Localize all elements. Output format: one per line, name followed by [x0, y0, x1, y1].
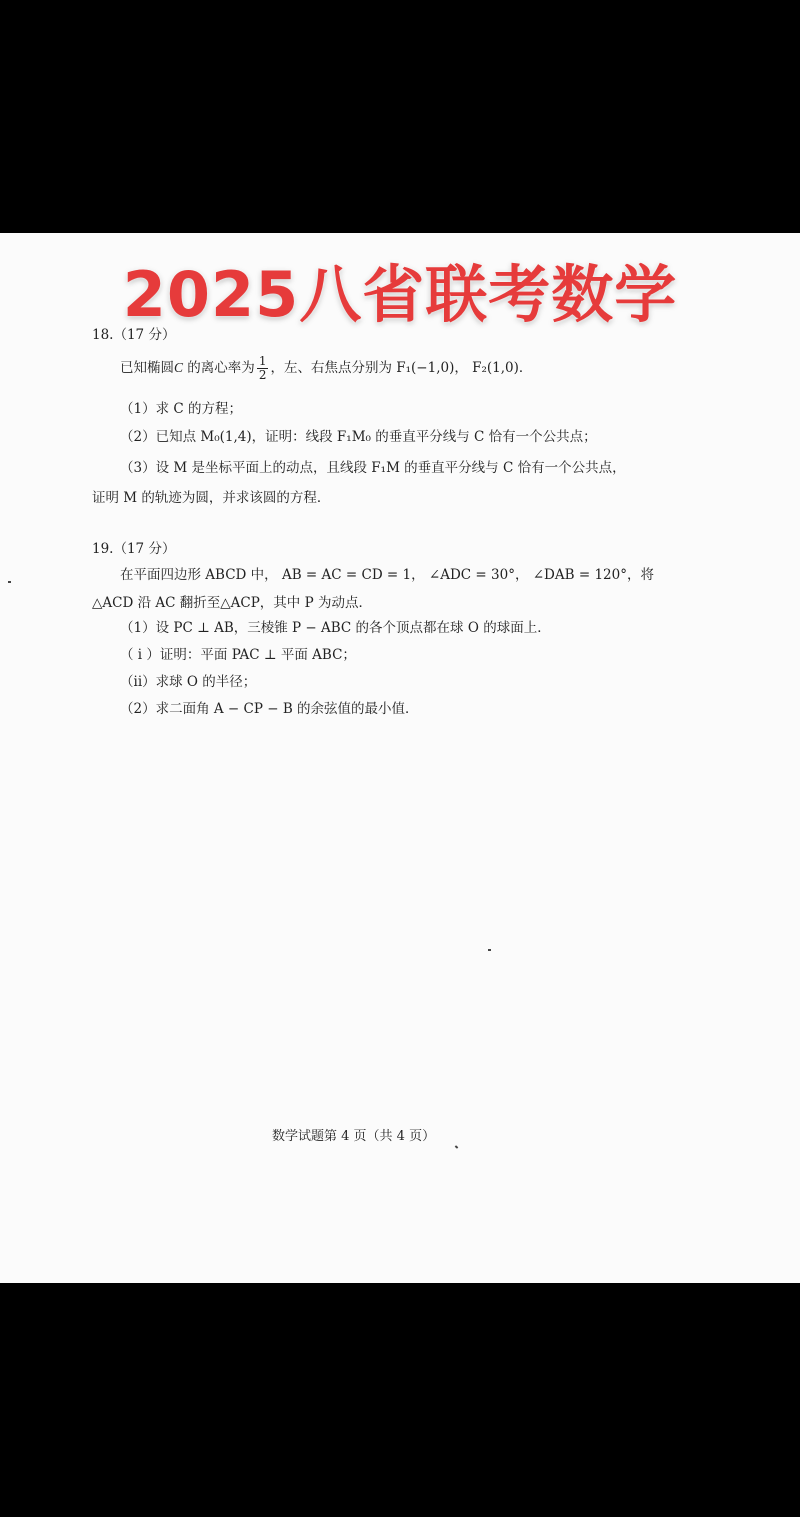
q18-part2: （2）已知点 M₀(1,4)，证明：线段 F₁M₀ 的垂直平分线与 C 恰有一个… — [120, 425, 597, 445]
scan-speck — [455, 1145, 459, 1148]
q18-part3: （3）设 M 是坐标平面上的动点，且线段 F₁M 的垂直平分线与 C 恰有一个公… — [120, 456, 626, 476]
banner-title: 2025八省联考数学 — [0, 245, 800, 334]
fraction-numerator: 1 — [257, 355, 269, 369]
q18-stem-b: 的离心率为 — [183, 360, 255, 376]
fraction-denominator: 2 — [257, 369, 269, 382]
eccentricity-fraction: 12 — [257, 355, 269, 382]
q18-stem-c-var: C — [174, 360, 183, 375]
q19-part1-ii: （ii）求球 O 的半径； — [120, 670, 256, 690]
q19-stem-cont: △ACD 沿 AC 翻折至△ACP，其中 P 为动点． — [92, 591, 372, 611]
q19-part1-i: （ i ）证明：平面 PAC ⊥ 平面 ABC； — [120, 643, 356, 663]
q18-header: 18.（17 分） — [92, 323, 175, 343]
exam-page: 2025八省联考数学 18.（17 分） 已知椭圆C 的离心率为12，左、右焦点… — [0, 233, 800, 1283]
q19-part1: （1）设 PC ⊥ AB，三棱锥 P − ABC 的各个顶点都在球 O 的球面上… — [120, 616, 551, 636]
q18-part1: （1）求 C 的方程； — [120, 397, 242, 417]
q18-stem-a: 已知椭圆 — [120, 360, 174, 376]
scan-speck — [488, 949, 491, 951]
q19-part2: （2）求二面角 A − CP − B 的余弦值的最小值． — [120, 697, 419, 717]
scan-speck — [8, 581, 11, 583]
q19-stem: 在平面四边形 ABCD 中， AB = AC = CD = 1， ∠ADC = … — [120, 563, 654, 583]
page-footer: 数学试题第 4 页（共 4 页） — [272, 1125, 435, 1144]
q19-header: 19.（17 分） — [92, 537, 175, 557]
q18-stem-c: ，左、右焦点分别为 F₁(−1,0)， F₂(1,0)． — [270, 360, 532, 376]
q18-part3-cont: 证明 M 的轨迹为圆，并求该圆的方程． — [92, 486, 330, 506]
q18-stem: 已知椭圆C 的离心率为12，左、右焦点分别为 F₁(−1,0)， F₂(1,0)… — [120, 355, 532, 382]
